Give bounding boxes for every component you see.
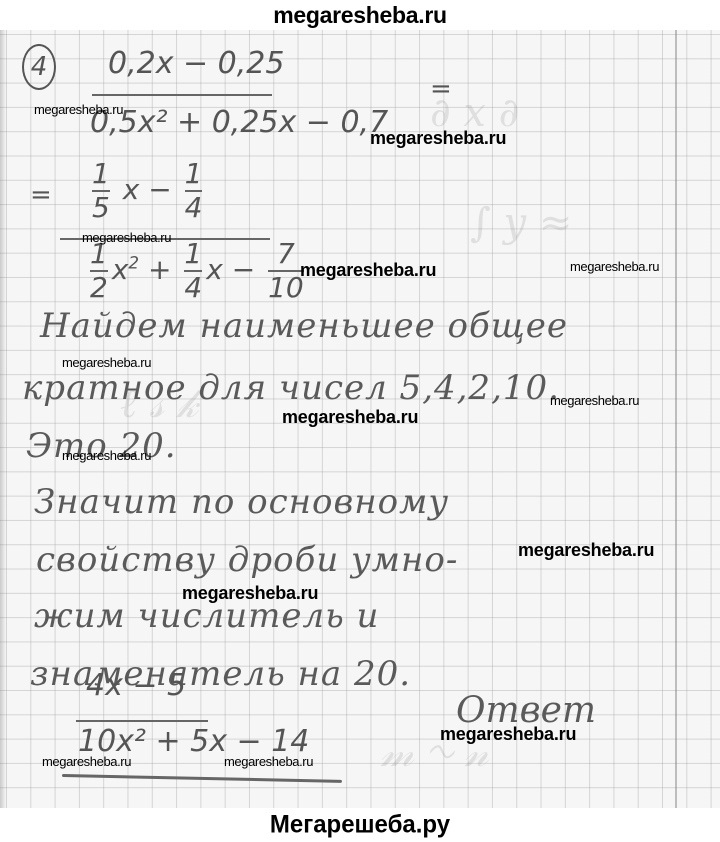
watermark: megaresheba.ru [282,407,418,428]
watermark: megaresheba.ru [82,230,171,245]
result-numerator: 4x − 5 [86,668,186,703]
watermark: megaresheba.ru [550,393,639,408]
step1-equals: = [430,74,452,104]
watermark: megaresheba.ru [300,260,436,281]
explanation-line-5: свойству дроби умно- [36,540,458,580]
step1-denominator: 0,5x² + 0,25x − 0,7 [90,105,388,140]
step2-denominator: 1 2 x2 + 1 4 x − 7 10 [86,240,308,302]
watermark: megaresheba.ru [182,583,318,604]
fraction-1-2: 1 2 [90,240,108,302]
notebook-page: ∂ 𝑥 ∂ ∫ 𝑦 ≈ ℓ 𝓈 𝓀 𝓂 ∿ 𝓃 4 0,2x − 0,25 0,… [0,30,720,808]
watermark: megaresheba.ru [42,754,131,769]
step2-equals: = [30,180,52,210]
explanation-line-2: кратное для чисел 5,4,2,10. [22,368,560,408]
watermark: megaresheba.ru [62,355,151,370]
final-underline [62,774,342,783]
notebook-margin-line [675,30,677,808]
result-fraction-bar [76,720,208,722]
fraction-1-5: 1 5 [92,160,110,222]
fraction-1-4: 1 4 [185,160,203,222]
problem-number-badge: 4 [22,44,56,90]
step2-numerator: 1 5 x − 1 4 [88,160,206,222]
explanation-line-4: Значит по основному [34,482,449,522]
site-header-title: megaresheba.ru [0,0,720,30]
watermark: megaresheba.ru [570,259,659,274]
watermark: megaresheba.ru [224,754,313,769]
watermark: megaresheba.ru [370,128,506,149]
step1-numerator: 0,2x − 0,25 [108,46,284,81]
page-edge-shadow [0,30,6,808]
watermark: megaresheba.ru [34,102,123,117]
watermark: megaresheba.ru [440,724,576,745]
explanation-line-1: Найдем наименьшее общее [40,306,568,346]
step1-fraction-bar [92,94,272,96]
fraction-7-10: 7 10 [268,240,304,302]
fraction-1-4-den: 1 4 [184,240,202,302]
watermark: megaresheba.ru [518,540,654,561]
bleed-through-marks: ∫ 𝑦 ≈ [470,200,572,246]
watermark: megaresheba.ru [62,448,151,463]
site-footer-title: Мегарешеба.ру [0,807,720,842]
